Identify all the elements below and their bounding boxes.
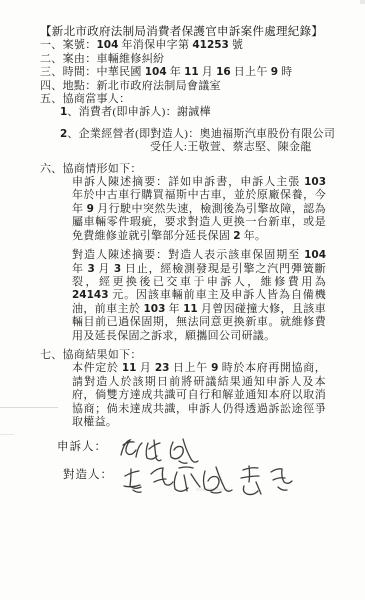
party-agents-line: 受任人:王敬萱、蔡志堅、陳金龍: [150, 141, 326, 154]
respondent-signature-row: 對造人：: [40, 469, 326, 498]
case-place-line: 四、地點：新北市政府法制局會議室: [40, 80, 326, 93]
scan-corner-mark: [360, 0, 365, 4]
document-body: 【新北市政府法制局消費者保護官申訴案件處理紀錄】 一、案號：104 年消保申字第…: [40, 26, 326, 498]
section7-header: 七、協商結果如下：: [40, 349, 326, 362]
case-number-line: 一、案號：104 年消保申字第 41253 號: [40, 39, 326, 52]
document-title: 【新北市政府法制局消費者保護官申訴案件處理紀錄】: [40, 26, 326, 39]
respondent-signature-label: 對造人：: [63, 469, 113, 482]
document-page: 【新北市政府法制局消費者保護官申訴案件處理紀錄】 一、案號：104 年消保申字第…: [0, 0, 365, 600]
party-consumer-line: 1、消費者(即申訴人)：謝誠樺: [60, 106, 326, 119]
case-reason-line: 二、案由：車輛維修糾紛: [40, 53, 326, 66]
complainant-summary-paragraph: 申訴人陳述摘要：詳如申訴書，申訴人主張 103 年於中古車行購買福斯中古車，並於…: [72, 176, 326, 243]
case-time-line: 三、時間：中華民國 104 年 11 月 16 日上午 9 時: [40, 66, 326, 79]
scan-artifact-line: [0, 434, 14, 435]
respondent-signatures: [121, 462, 299, 498]
section6-header: 六、協商情形如下：: [40, 163, 326, 176]
party-business-line: 2、企業經營者(即對造人)：奧迪福斯汽車股份有限公司: [60, 128, 326, 141]
parties-header: 五、協商當事人：: [40, 93, 326, 106]
respondent-summary-paragraph: 對造人陳述摘要：對造人表示該車保固期至 104 年 3 月 3 日止，經檢測發現…: [72, 249, 326, 343]
complainant-signature-label: 申訴人：: [57, 441, 107, 454]
section7-paragraph: 本件定於 11 月 23 日上午 9 時於本府再開協商，請對造人於該期日前將研議…: [72, 362, 326, 429]
